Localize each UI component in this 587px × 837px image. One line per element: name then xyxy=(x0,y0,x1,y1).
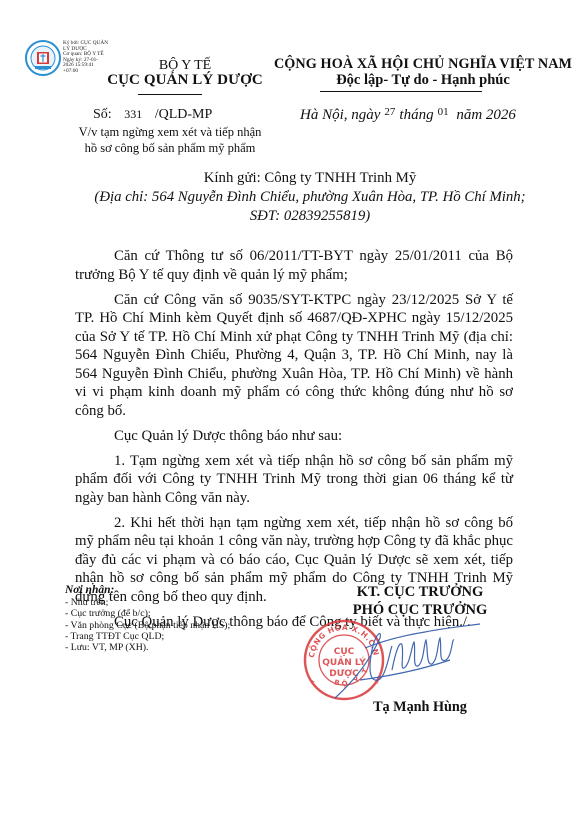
motto-divider xyxy=(320,91,482,92)
signer-title-line: PHÓ CỤC TRƯỞNG xyxy=(340,602,500,620)
date-month-label: tháng xyxy=(399,107,433,123)
department-name: CỤC QUẢN LÝ DƯỢC xyxy=(95,72,275,89)
subject-line: hồ sơ công bố sản phẩm mỹ phẩm xyxy=(70,140,270,156)
recipient-address: (Địa chỉ: 564 Nguyễn Đình Chiểu, phường … xyxy=(80,188,540,225)
number-label: Số: xyxy=(93,107,112,122)
letter-body: Căn cứ Thông tư số 06/2011/TT-BYT ngày 2… xyxy=(75,247,513,638)
recipient-item: - Trang TTĐT Cục QLD; xyxy=(65,631,230,642)
date-place: Hà Nội, ngày xyxy=(300,107,380,123)
handwritten-signature-icon xyxy=(330,620,510,700)
signer-name: Tạ Mạnh Hùng xyxy=(340,699,500,716)
document-subject: V/v tạm ngừng xem xét và tiếp nhận hồ sơ… xyxy=(70,124,270,156)
national-motto: Độc lập- Tự do - Hạnh phúc xyxy=(268,72,578,89)
recipient-line: Kính gửi: Công ty TNHH Trinh Mỹ xyxy=(80,170,540,187)
signer-title: KT. CỤC TRƯỞNG PHÓ CỤC TRƯỞNG xyxy=(340,584,500,619)
number-suffix: /QLD-MP xyxy=(155,107,213,122)
recipient-item: - Như trên; xyxy=(65,597,230,608)
date-month: 01 xyxy=(434,106,453,118)
body-paragraph: Cục Quản lý Dược thông báo như sau: xyxy=(75,427,513,446)
department-emblem-icon xyxy=(25,40,61,76)
recipients-list: Nơi nhận: - Như trên; - Cục trưởng (để b… xyxy=(65,584,230,653)
national-title: CỘNG HOÀ XÃ HỘI CHỦ NGHĨA VIỆT NAM xyxy=(268,56,578,73)
recipient-item: - Cục trưởng (để b/c); xyxy=(65,608,230,619)
body-paragraph: Căn cứ Thông tư số 06/2011/TT-BYT ngày 2… xyxy=(75,247,513,284)
document-number: Số: 331 /QLD-MP xyxy=(93,107,212,123)
svg-text:★: ★ xyxy=(310,679,315,686)
signer-title-line: KT. CỤC TRƯỞNG xyxy=(340,584,500,602)
header-divider xyxy=(138,94,202,95)
date-day: 27 xyxy=(380,106,399,118)
recipient-item: - Lưu: VT, MP (XH). xyxy=(65,642,230,653)
number-value: 331 xyxy=(115,107,151,122)
recipient-item: - Văn phòng Cục (Bộ phận tiếp nhận HS); xyxy=(65,620,230,631)
body-paragraph: 1. Tạm ngừng xem xét và tiếp nhận hồ sơ … xyxy=(75,452,513,508)
date-line: Hà Nội, ngày27tháng01 năm 2026 xyxy=(300,106,516,124)
recipients-title: Nơi nhận: xyxy=(65,584,230,597)
subject-line: V/v tạm ngừng xem xét và tiếp nhận xyxy=(70,124,270,140)
body-paragraph: Căn cứ Công văn số 9035/SYT-KTPC ngày 23… xyxy=(75,291,513,421)
date-year: năm 2026 xyxy=(456,107,516,123)
